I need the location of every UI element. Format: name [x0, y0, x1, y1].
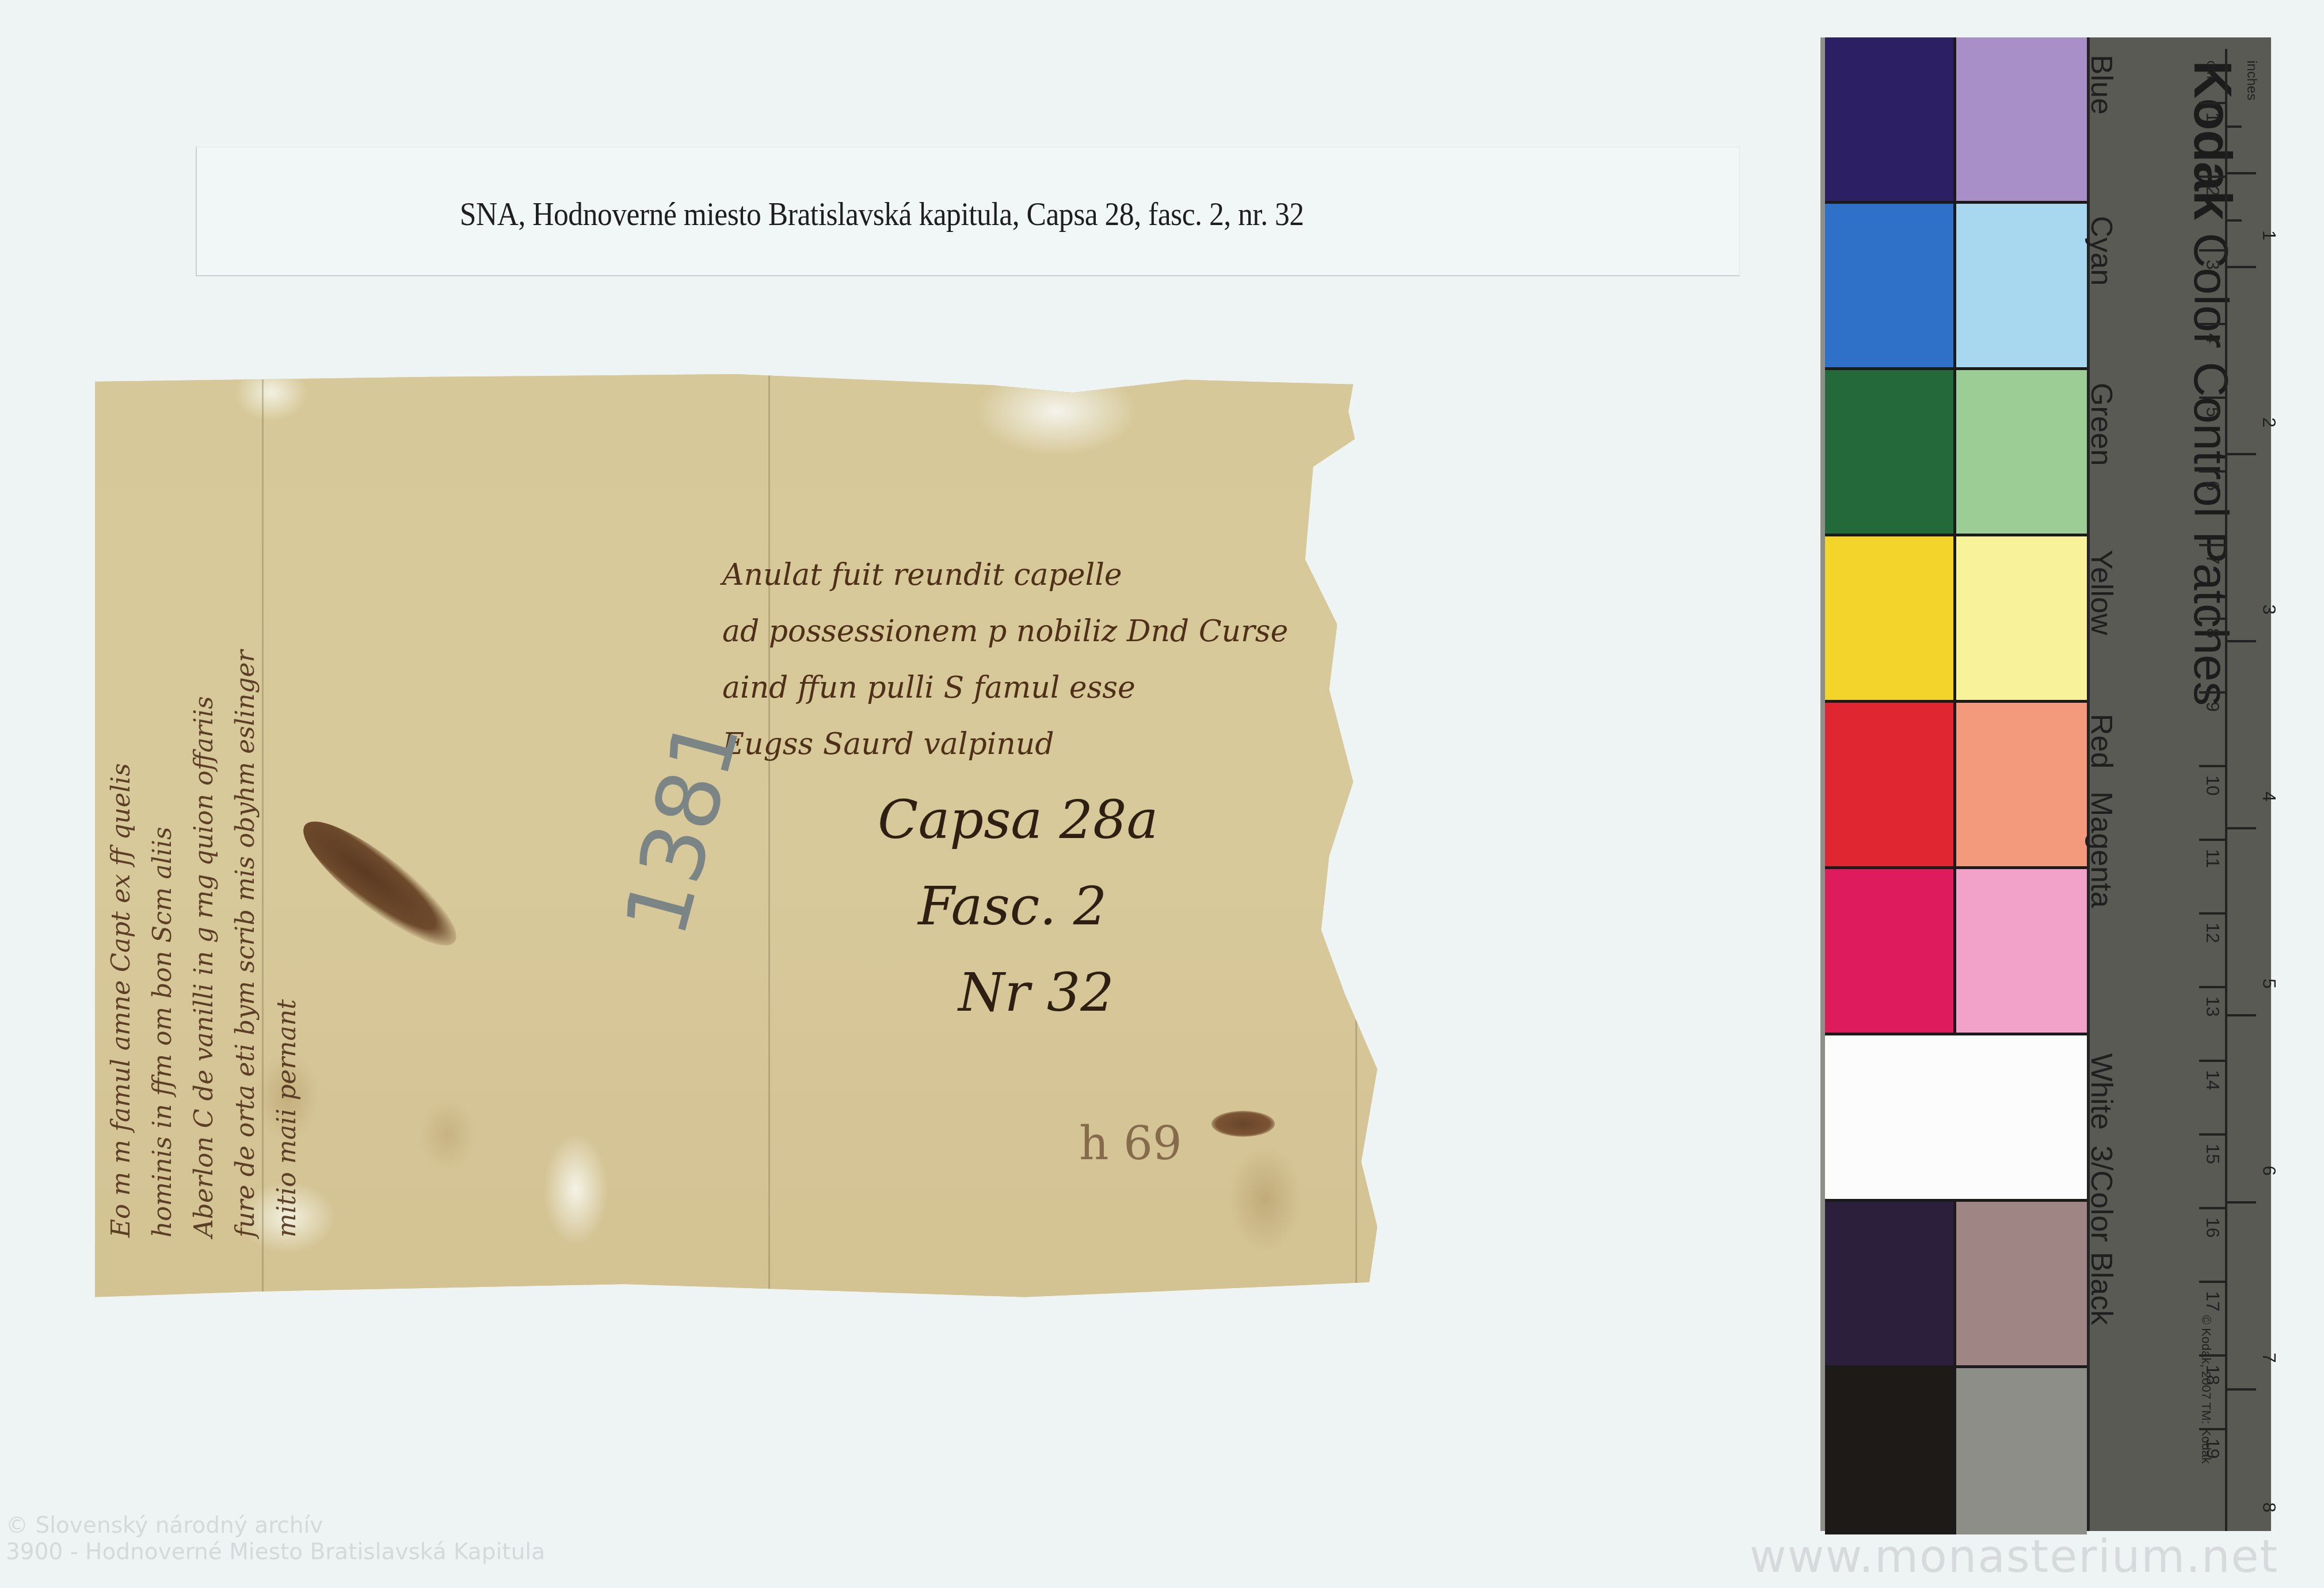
cm-number: 8	[2202, 628, 2223, 638]
patch-label-3color: 3/Color	[2084, 1145, 2119, 1242]
cm-tick	[2199, 691, 2225, 694]
cm-number: 3	[2202, 260, 2223, 270]
patch-label-blue: Blue	[2084, 55, 2119, 115]
cm-number: 16	[2202, 1217, 2223, 1238]
inch-tick	[2227, 266, 2256, 268]
archive-copyright: © Slovenský národný archív	[6, 1513, 545, 1539]
margin-text: Eo m m famul amne Capt ex ff quelis homi…	[101, 432, 308, 1237]
cm-tick	[2199, 1281, 2225, 1283]
inch-number: 7	[2258, 1353, 2280, 1363]
patch-row-cyan	[1825, 204, 2087, 370]
cm-tick	[2199, 1354, 2225, 1357]
cm-number: 5	[2202, 407, 2223, 417]
cm-tick	[2199, 544, 2225, 546]
patch-blue-dark	[1825, 37, 1956, 201]
patch-row-3color	[1825, 1202, 2087, 1368]
patch-magenta-dark	[1825, 869, 1956, 1033]
cm-number: 4	[2202, 333, 2223, 344]
archive-label-text: SNA, Hodnoverné miesto Bratislavská kapi…	[460, 196, 1304, 233]
fold-line	[1355, 374, 1357, 1301]
inch-number: 1	[2258, 230, 2280, 241]
cm-number: 17	[2202, 1291, 2223, 1312]
archive-watermark: © Slovenský národný archív 3900 - Hodnov…	[6, 1513, 545, 1566]
patch-magenta-light	[1956, 869, 2087, 1033]
inch-number: 8	[2258, 1502, 2280, 1513]
patch-label-yellow: Yellow	[2084, 550, 2119, 635]
patch-label-white: White	[2084, 1053, 2119, 1130]
patch-yellow-dark	[1825, 536, 1956, 700]
cm-number: 12	[2202, 923, 2223, 943]
patch-label-magenta: Magenta	[2084, 791, 2119, 908]
patch-label-green: Green	[2084, 383, 2119, 466]
archive-label: SNA, Hodnoverné miesto Bratislavská kapi…	[196, 147, 1740, 276]
nr-notation: Nr 32	[878, 950, 1158, 1036]
manuscript-document: Eo m m famul amne Capt ex ff quelis homi…	[95, 374, 1698, 1301]
cm-number: 11	[2202, 849, 2223, 868]
site-watermark: www.monasterium.net	[1750, 1531, 2279, 1583]
cm-number: 18	[2202, 1365, 2223, 1385]
cm-tick	[2199, 1133, 2225, 1136]
cm-number: 10	[2202, 775, 2223, 796]
ink-stain	[1211, 1111, 1275, 1137]
patch-3color-dark	[1825, 1202, 1956, 1365]
patch-gray	[1956, 1368, 2087, 1534]
inch-number: 2	[2258, 417, 2280, 428]
patch-label-cyan: Cyan	[2084, 216, 2119, 285]
inch-number: 4	[2258, 791, 2280, 802]
color-control-strip: Kodak Color Control Patches Blue Cyan Gr…	[1820, 37, 2271, 1531]
margin-text-line: mitio maii pernant	[266, 432, 308, 1237]
inch-tick	[2227, 172, 2256, 174]
patch-yellow-light	[1956, 536, 2087, 700]
cm-tick	[2199, 323, 2225, 325]
cm-tick	[2199, 765, 2225, 767]
unit-inches-label: inches	[2243, 60, 2260, 100]
cm-number: 15	[2202, 1144, 2223, 1164]
patch-cyan-dark	[1825, 204, 1956, 367]
patch-green-light	[1956, 370, 2087, 534]
patch-white	[1825, 1035, 2087, 1199]
margin-text-line: hominis in ffm om bon Scm aliis	[142, 432, 184, 1237]
inch-tick	[2227, 1201, 2256, 1204]
cm-tick	[2199, 1428, 2225, 1430]
inch-number: 3	[2258, 604, 2280, 615]
margin-text-line: Aberlon C de vanilli in g rng quion offa…	[184, 432, 225, 1237]
inch-tick	[2227, 125, 2242, 128]
inch-number: 6	[2258, 1166, 2280, 1176]
cm-tick	[2199, 397, 2225, 399]
inch-tick	[2227, 640, 2256, 642]
cm-tick	[2199, 986, 2225, 988]
faint-mark: h 69	[1079, 1117, 1182, 1170]
endorsement-line: Anulat fuit reundit capelle	[722, 547, 1327, 603]
endorsement-line: Eugss Saurd valpinud	[722, 716, 1327, 772]
patch-row-red	[1825, 703, 2087, 869]
cm-tick	[2199, 839, 2225, 841]
margin-text-line: fure de orta eti bym scrib mis obyhm esl…	[225, 432, 266, 1237]
repair-patch	[1618, 704, 1686, 764]
cm-tick	[2199, 1060, 2225, 1062]
endorsement-line: ad possessionem p nobiliz Dnd Curse	[722, 603, 1327, 660]
patch-row-black	[1825, 1368, 2087, 1534]
cm-tick	[2199, 470, 2225, 473]
margin-text-line: Eo m m famul amne Capt ex ff quelis	[101, 432, 142, 1237]
patch-row-green	[1825, 370, 2087, 536]
fonds-name: 3900 - Hodnoverné Miesto Bratislavská Ka…	[6, 1539, 545, 1566]
cm-tick	[2199, 912, 2225, 915]
cm-number: 14	[2202, 1070, 2223, 1091]
patch-row-white	[1825, 1035, 2087, 1202]
unit-cm-label: cm	[2203, 60, 2219, 79]
patch-red-dark	[1825, 703, 1956, 866]
cm-number: 6	[2202, 481, 2223, 491]
ruler-scale-line	[2225, 49, 2227, 1531]
cm-tick	[2199, 249, 2225, 252]
capsa-notation: Capsa 28a	[878, 777, 1158, 863]
patch-cyan-light	[1956, 204, 2087, 367]
patch-green-dark	[1825, 370, 1956, 534]
cm-tick	[2199, 618, 2225, 620]
cm-tick	[2199, 176, 2225, 178]
color-patches	[1825, 37, 2087, 1531]
fold-line	[768, 374, 770, 1301]
cm-tick	[2199, 1207, 2225, 1209]
inch-tick	[2227, 453, 2256, 455]
cm-number: 2	[2202, 186, 2223, 196]
patch-row-yellow	[1825, 536, 2087, 703]
ruler-panel: Kodak Color Control Patches Blue Cyan Gr…	[2087, 37, 2271, 1531]
inch-tick	[2227, 219, 2242, 222]
cm-tick	[2199, 102, 2225, 104]
patch-row-magenta	[1825, 869, 2087, 1035]
endorsement-line: aind ffun pulli S famul esse	[722, 660, 1327, 716]
repair-patch	[1600, 585, 1658, 627]
patch-3color-light	[1956, 1202, 2087, 1365]
inch-tick	[2227, 827, 2256, 829]
patch-blue-light	[1956, 37, 2087, 201]
patch-label-red: Red	[2084, 714, 2119, 768]
archive-notation: Capsa 28a Fasc. 2 Nr 32	[878, 777, 1158, 1036]
patch-red-light	[1956, 703, 2087, 866]
patch-label-black: Black	[2084, 1252, 2119, 1325]
cm-number: 19	[2202, 1438, 2223, 1459]
patch-row-blue	[1825, 37, 2087, 204]
patch-black	[1825, 1368, 1956, 1534]
fasc-notation: Fasc. 2	[878, 863, 1158, 950]
endorsement-text: Anulat fuit reundit capelle ad possessio…	[722, 547, 1327, 772]
cm-number: 1	[2202, 112, 2223, 123]
cm-number: 9	[2202, 702, 2223, 712]
inch-number: 5	[2258, 978, 2280, 989]
cm-number: 7	[2202, 554, 2223, 565]
inch-tick	[2227, 1388, 2256, 1391]
cm-number: 13	[2202, 996, 2223, 1017]
inch-tick	[2227, 1014, 2256, 1016]
